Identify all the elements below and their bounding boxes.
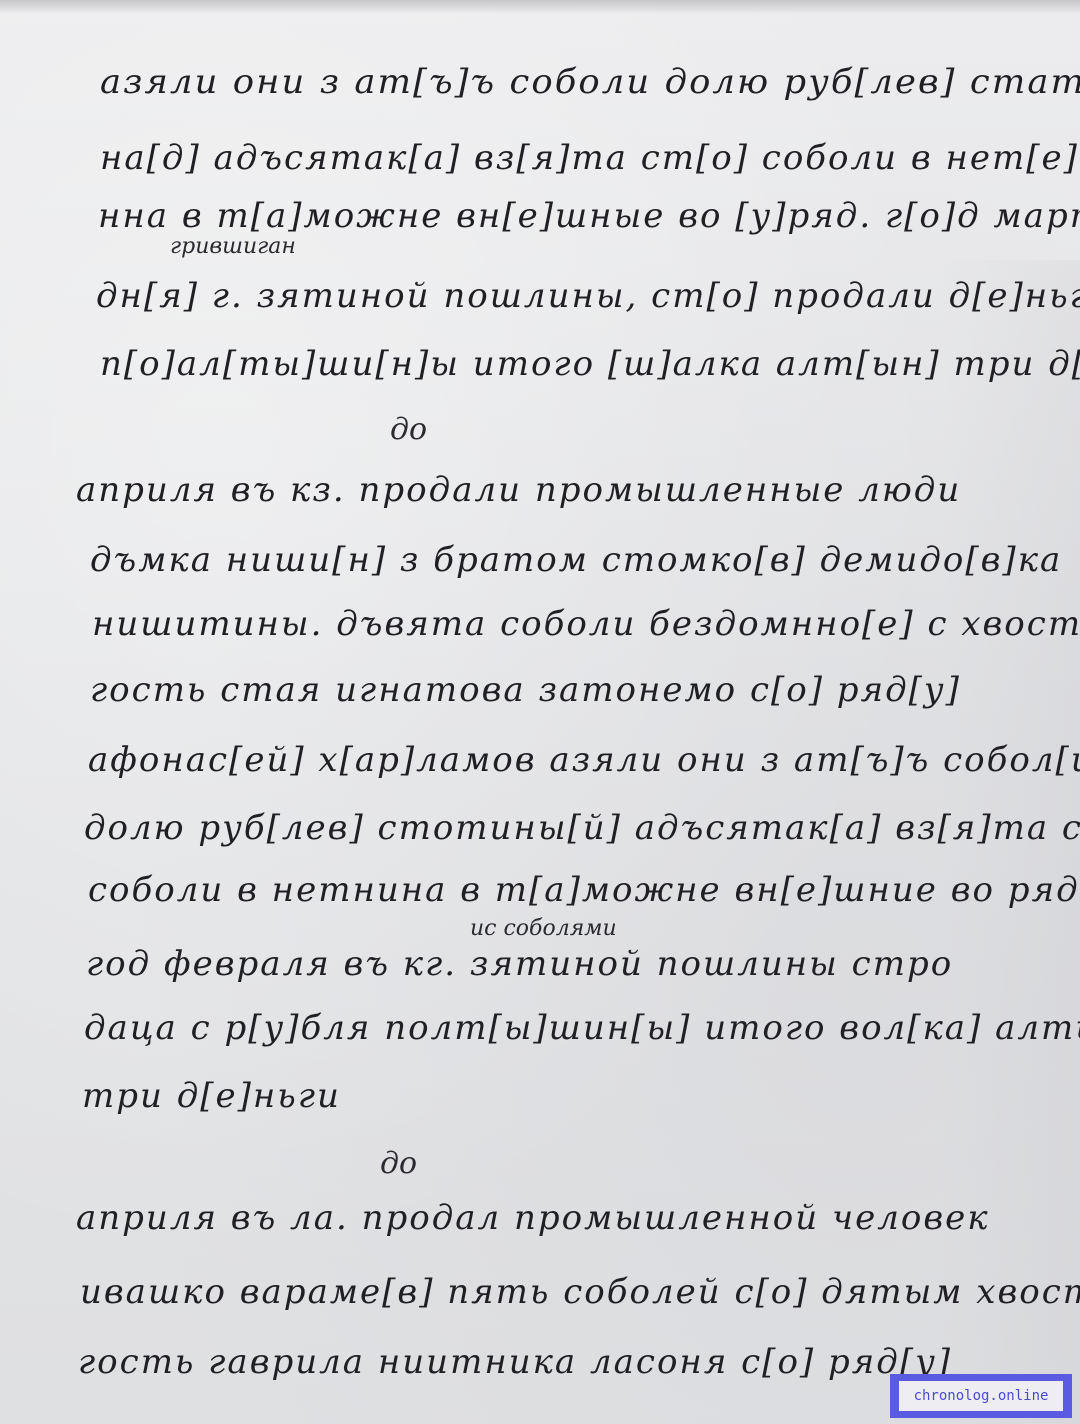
manuscript-line: априля въ кз. продали промышленные люди	[76, 470, 961, 510]
manuscript-line: нна в т[а]можне вн[е]шные во [у]ряд. г[о…	[98, 196, 1080, 236]
manuscript-line: даца с р[у]бля полт[ы]шин[ы] итого вол[к…	[84, 1008, 1080, 1048]
manuscript-page: азяли они з ат[ъ]ъ соболи долю руб[лев] …	[0, 0, 1080, 1424]
scan-top-shadow	[0, 0, 1080, 14]
manuscript-line: дн[я] г. зятиной пошлины, ст[о] продали …	[96, 276, 1080, 316]
margin-section-mark: до	[380, 1146, 417, 1181]
manuscript-line: три д[е]ньги	[82, 1076, 341, 1116]
watermark-text: chronolog.online	[899, 1381, 1063, 1411]
interlinear-note: ис соболями	[470, 916, 617, 941]
interlinear-note: грившиган	[170, 234, 296, 259]
manuscript-line: долю руб[лев] стотины[й] адъсятак[а] вз[…	[84, 808, 1080, 848]
margin-section-mark: до	[390, 412, 427, 447]
manuscript-line: гость стая игнатова затонемо с[о] ряд[у]	[90, 670, 961, 710]
manuscript-line: год февраля въ кг. зятиной пошлины стро	[86, 944, 953, 984]
manuscript-line: гость гаврила ниитника ласоня с[о] ряд[у…	[78, 1342, 952, 1382]
watermark-badge: chronolog.online	[890, 1374, 1072, 1418]
manuscript-line: априля въ ла. продал промышленной челове…	[76, 1198, 990, 1238]
manuscript-line: соболи в нетнина в т[а]можне вн[е]шние в…	[88, 870, 1080, 910]
manuscript-line: п[о]ал[ты]ши[н]ы итого [ш]алка алт[ын] т…	[100, 344, 1080, 384]
manuscript-line: ивашко вараме[в] пять соболей с[о] дятым…	[80, 1272, 1080, 1312]
manuscript-line: дъмка ниши[н] з братом стомко[в] демидо[…	[90, 540, 1062, 580]
manuscript-line: афонас[ей] х[ар]ламов азяли они з ат[ъ]ъ…	[88, 740, 1080, 780]
manuscript-line: азяли они з ат[ъ]ъ соболи долю руб[лев] …	[100, 62, 1080, 102]
manuscript-line: на[д] адъсятак[а] вз[я]та ст[о] соболи в…	[100, 138, 1079, 178]
manuscript-line: нишитины. дъвята соболи бездомнно[е] с х…	[92, 604, 1080, 644]
